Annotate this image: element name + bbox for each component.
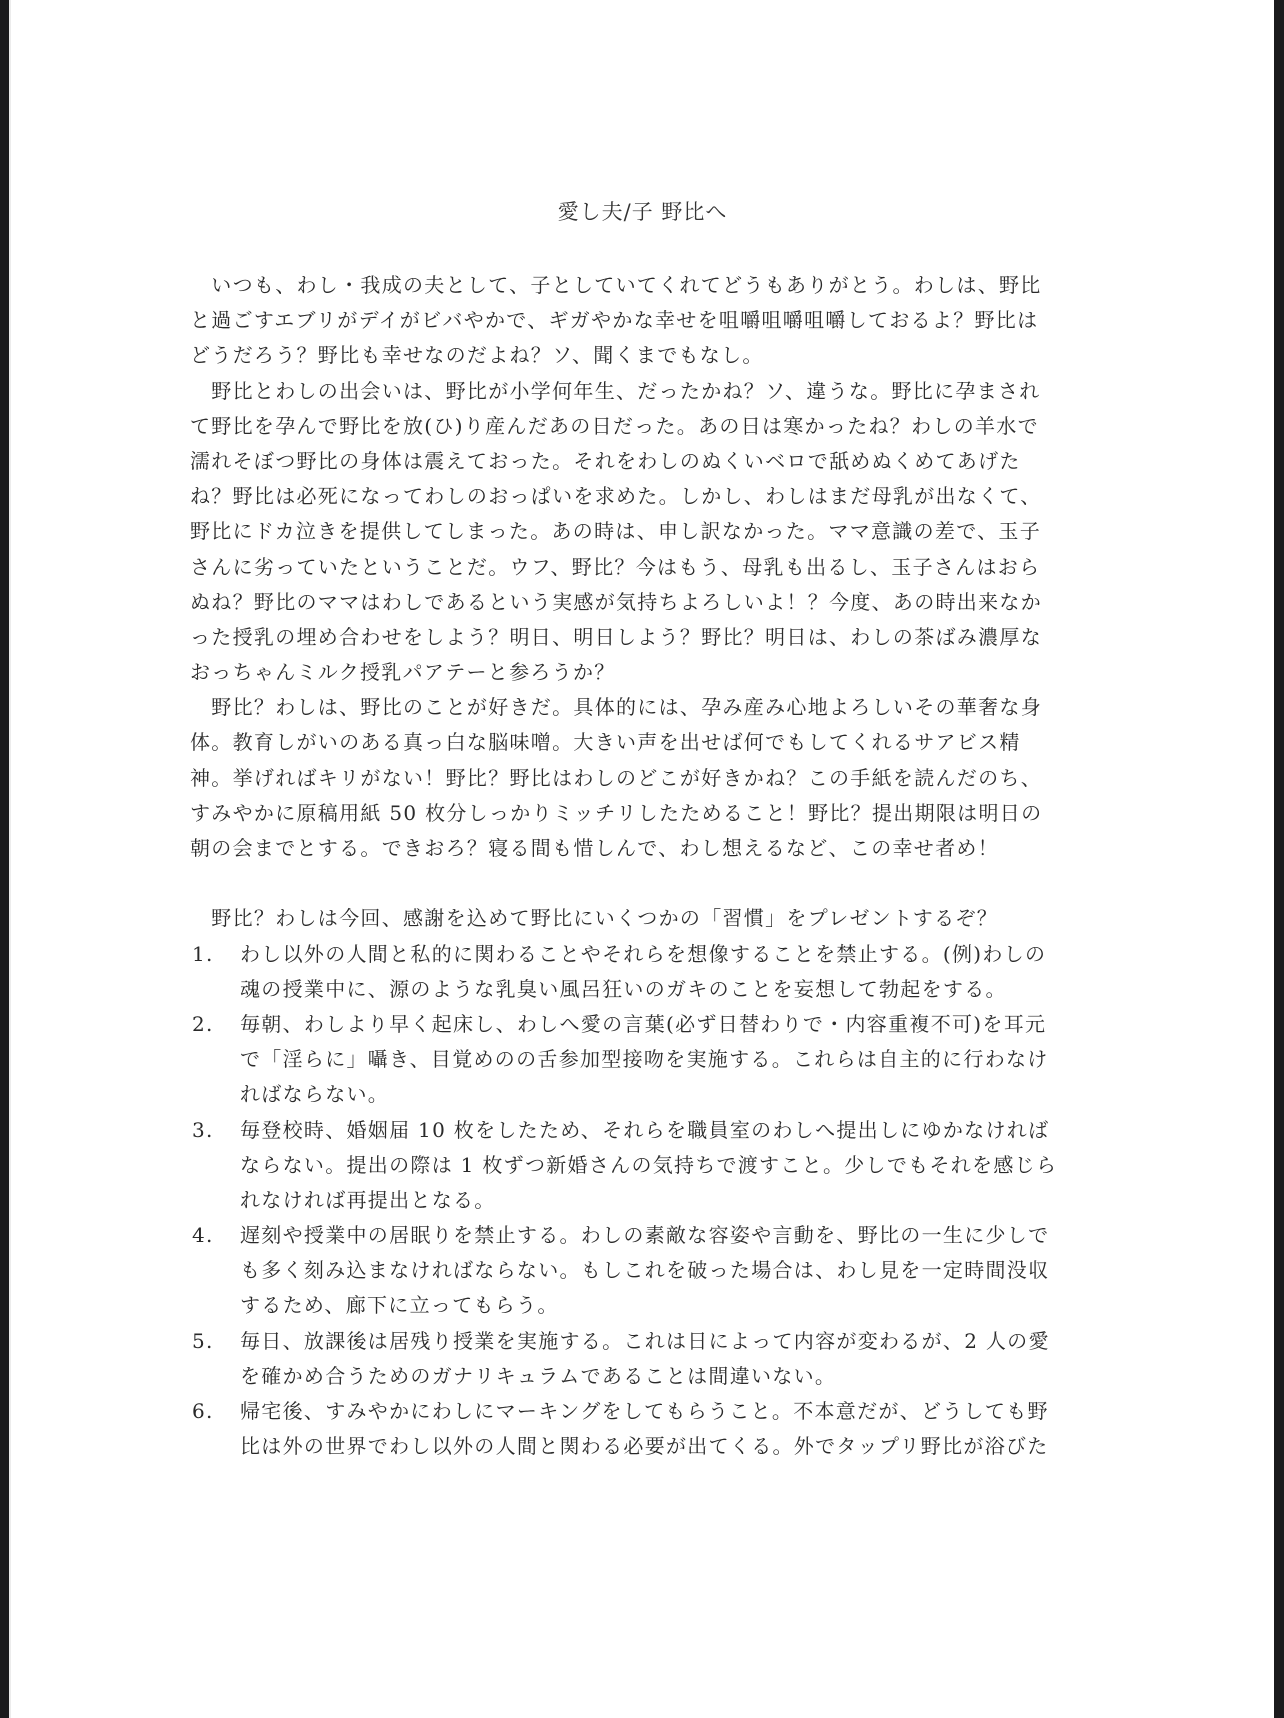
text-line: 朝の会までとする。できおろ？寝る間も惜しんで、わし想えるなど、この幸せ者め！ (190, 831, 1090, 866)
text-line: と過ごすエブリがデイがビバやかで、ギガやかな幸せを咀嚼咀嚼咀嚼しておるよ？野比は (190, 303, 1090, 338)
text-line: 神。挙げればキリがない！野比？野比はわしのどこが好きかね？この手紙を読んだのち、 (190, 761, 1090, 796)
text-line: 魂の授業中に、源のような乳臭い風呂狂いのガキのことを妄想して勃起をする。 (240, 972, 1090, 1007)
list-item: 5. 毎日、放課後は居残り授業を実施する。これは日によって内容が変わるが、2 人… (190, 1324, 1090, 1394)
text-line: 野比？わしは、野比のことが好きだ。具体的には、孕み産み心地よろしいその華奢な身 (190, 690, 1090, 725)
text-line: ぬね？野比のママはわしであるという実感が気持ちよろしいよ！？今度、あの時出来なか (190, 585, 1090, 620)
text-line: 野比とわしの出会いは、野比が小学何年生、だったかね？ソ、違うな。野比に孕まされ (190, 374, 1090, 409)
list-item: 4. 遅刻や授業中の居眠りを禁止する。わしの素敵な容姿や言動を、野比の一生に少し… (190, 1218, 1090, 1324)
text-line: 帰宅後、すみやかにわしにマーキングをしてもらうこと。不本意だが、どうしても野 (240, 1394, 1090, 1429)
text-line: わし以外の人間と私的に関わることやそれらを想像することを禁止する。(例)わしの (240, 937, 1090, 972)
list-number: 2. (190, 1007, 240, 1113)
list-item: 3. 毎登校時、婚姻届 10 枚をしたため、それらを職員室のわしへ提出しにゆかな… (190, 1113, 1090, 1219)
list-item: 2. 毎朝、わしより早く起床し、わしへ愛の言葉(必ず日替わりで・内容重複不可)を… (190, 1007, 1090, 1113)
text-line: すみやかに原稿用紙 50 枚分しっかりミッチリしたためること！野比？提出期限は明… (190, 796, 1090, 831)
letter-body: いつも、わし・我成の夫として、子としていてくれてどうもありがとう。わしは、野比 … (190, 268, 1090, 1464)
list-number: 1. (190, 937, 240, 1007)
text-line: 野比にドカ泣きを提供してしまった。あの時は、申し訳なかった。ママ意識の差で、玉子 (190, 514, 1090, 549)
list-number: 3. (190, 1113, 240, 1219)
text-line: ね？野比は必死になってわしのおっぱいを求めた。しかし、わしはまだ母乳が出なくて、 (190, 479, 1090, 514)
document-page: 愛し夫/子 野比へ いつも、わし・我成の夫として、子としていてくれてどうもありが… (9, 0, 1274, 1718)
text-line: で「淫らに」囁き、目覚めのの舌参加型接吻を実施する。これらは自主的に行わなけ (240, 1042, 1090, 1077)
letter-title: 愛し夫/子 野比へ (11, 196, 1274, 226)
text-line: も多く刻み込まなければならない。もしこれを破った場合は、わし見を一定時間没収 (240, 1253, 1090, 1288)
list-number: 6. (190, 1394, 240, 1464)
text-line: れなければ再提出となる。 (240, 1183, 1090, 1218)
list-item: 1. わし以外の人間と私的に関わることやそれらを想像することを禁止する。(例)わ… (190, 937, 1090, 1007)
text-line: ればならない。 (240, 1077, 1090, 1112)
text-line: 毎日、放課後は居残り授業を実施する。これは日によって内容が変わるが、2 人の愛 (240, 1324, 1090, 1359)
text-line: を確かめ合うためのガナリキュラムであることは間違いない。 (240, 1359, 1090, 1394)
paragraph-3: 野比？わしは、野比のことが好きだ。具体的には、孕み産み心地よろしいその華奢な身 … (190, 690, 1090, 866)
list-number: 4. (190, 1218, 240, 1324)
text-line: 遅刻や授業中の居眠りを禁止する。わしの素敵な容姿や言動を、野比の一生に少しで (240, 1218, 1090, 1253)
text-line: った授乳の埋め合わせをしよう？明日、明日しよう？野比？明日は、わしの茶ばみ濃厚な (190, 620, 1090, 655)
text-line: いつも、わし・我成の夫として、子としていてくれてどうもありがとう。わしは、野比 (190, 268, 1090, 303)
text-line: おっちゃんミルク授乳パアテーと参ろうか？ (190, 655, 1090, 690)
text-line: さんに劣っていたということだ。ウフ、野比？今はもう、母乳も出るし、玉子さんはおら (190, 550, 1090, 585)
paragraph-spacer (190, 866, 1090, 901)
text-line: 体。教育しがいのある真っ白な脳味噌。大きい声を出せば何でもしてくれるサアビス精 (190, 725, 1090, 760)
text-line: 毎登校時、婚姻届 10 枚をしたため、それらを職員室のわしへ提出しにゆかなければ (240, 1113, 1090, 1148)
habits-list: 1. わし以外の人間と私的に関わることやそれらを想像することを禁止する。(例)わ… (190, 937, 1090, 1465)
text-line: 毎朝、わしより早く起床し、わしへ愛の言葉(必ず日替わりで・内容重複不可)を耳元 (240, 1007, 1090, 1042)
text-line: どうだろう？野比も幸せなのだよね？ソ、聞くまでもなし。 (190, 338, 1090, 373)
text-line: するため、廊下に立ってもらう。 (240, 1288, 1090, 1323)
text-line: ならない。提出の際は 1 枚ずつ新婚さんの気持ちで渡すこと。少しでもそれを感じら (240, 1148, 1090, 1183)
list-item: 6. 帰宅後、すみやかにわしにマーキングをしてもらうこと。不本意だが、どうしても… (190, 1394, 1090, 1464)
text-line: 濡れそぼつ野比の身体は震えておった。それをわしのぬくいベロで舐めぬくめてあげた (190, 444, 1090, 479)
text-line: 比は外の世界でわし以外の人間と関わる必要が出てくる。外でタップリ野比が浴びた (240, 1429, 1090, 1464)
paragraph-1: いつも、わし・我成の夫として、子としていてくれてどうもありがとう。わしは、野比 … (190, 268, 1090, 374)
list-number: 5. (190, 1324, 240, 1394)
text-line: て野比を孕んで野比を放(ひ)り産んだあの日だった。あの日は寒かったね？わしの羊水… (190, 409, 1090, 444)
paragraph-2: 野比とわしの出会いは、野比が小学何年生、だったかね？ソ、違うな。野比に孕まされ … (190, 374, 1090, 691)
list-intro: 野比？わしは今回、感謝を込めて野比にいくつかの「習慣」をプレゼントするぞ？ (190, 901, 1090, 936)
